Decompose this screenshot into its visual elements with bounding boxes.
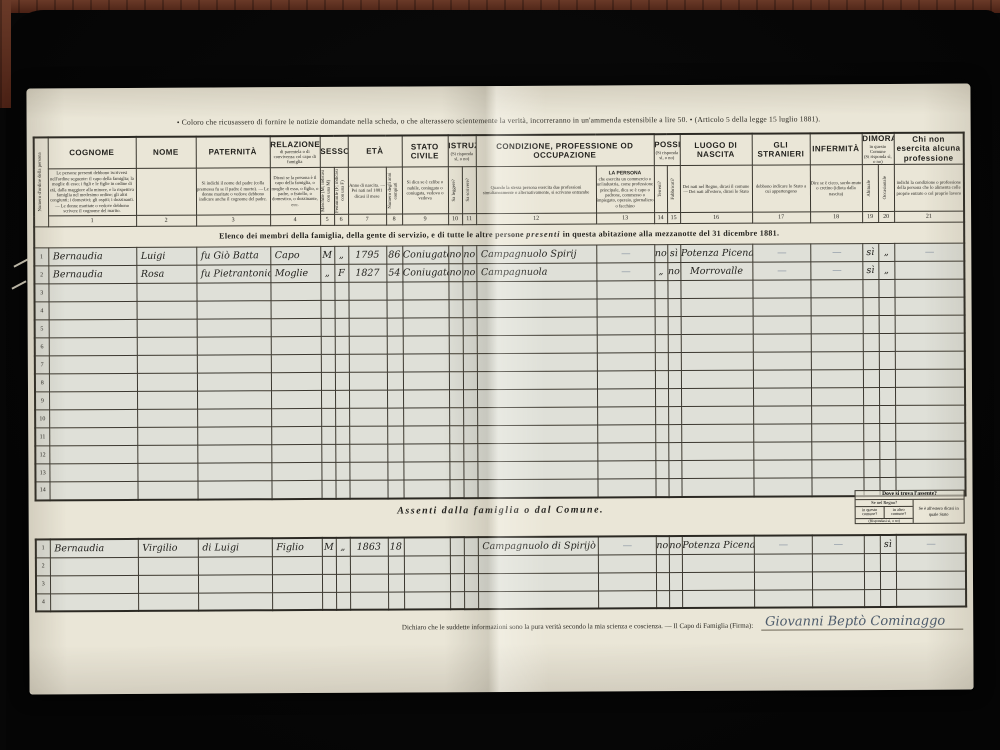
head-of-family-signature: Giovanni Beptò Cominaggo — [761, 615, 963, 631]
cell — [403, 372, 449, 390]
cell — [597, 389, 655, 407]
cell: „ — [878, 261, 894, 279]
cell — [335, 300, 349, 318]
cell — [403, 300, 449, 318]
cell — [895, 297, 965, 315]
cell: Bernaudia — [48, 265, 136, 283]
cell: sì — [862, 262, 878, 280]
cell — [680, 280, 752, 298]
column-header-infermita: INFERMITÀ — [810, 133, 862, 165]
column-header-stato-civile: STATO CIVILE — [402, 135, 448, 167]
row-number: 1 — [34, 248, 48, 266]
cell — [321, 354, 335, 372]
cell — [863, 442, 879, 460]
cell — [655, 371, 668, 389]
cell — [271, 354, 321, 372]
cell — [681, 298, 753, 316]
cell — [403, 462, 449, 480]
cell — [462, 282, 476, 300]
cell: Potenza Picena — [680, 244, 752, 262]
cell — [137, 427, 197, 445]
cell — [477, 443, 597, 462]
cell — [681, 406, 753, 424]
cell — [50, 575, 138, 593]
cell — [864, 589, 880, 607]
column-number: 19 — [862, 212, 878, 223]
cell — [404, 480, 450, 498]
desc-stato-civile: Si dica se è celibe o nubile, coniugato … — [402, 167, 448, 214]
cell — [477, 317, 597, 336]
cell: 86 — [386, 246, 402, 264]
cell — [863, 388, 879, 406]
cell: Virgilio — [138, 539, 198, 557]
cell — [597, 353, 655, 371]
row-number: 4 — [36, 593, 50, 611]
cell — [477, 461, 597, 480]
cell — [349, 480, 387, 498]
cell — [682, 478, 754, 496]
cell — [403, 318, 449, 336]
column-number: 8 — [386, 214, 402, 225]
cell — [335, 354, 349, 372]
cell — [668, 443, 681, 461]
cell — [321, 318, 335, 336]
cell — [477, 335, 597, 354]
cell — [477, 299, 597, 318]
cell — [403, 336, 449, 354]
row-number: 9 — [35, 392, 49, 410]
cell — [597, 299, 655, 317]
cell — [656, 479, 669, 497]
cell — [198, 556, 272, 574]
cell — [402, 282, 448, 300]
cell — [812, 571, 864, 589]
cell: no — [448, 264, 462, 282]
wood-shelf-left — [0, 0, 11, 108]
cell — [598, 572, 656, 590]
cell — [403, 444, 449, 462]
cell — [682, 554, 754, 572]
census-form-page: • Coloro che ricusassero di fornire le n… — [26, 84, 973, 695]
cell: — — [598, 536, 656, 554]
cell — [49, 355, 137, 373]
cell — [879, 297, 895, 315]
cell — [810, 280, 862, 298]
desc-paternita: Si indichi il nome del padre (colla prem… — [196, 168, 270, 215]
cell — [270, 282, 320, 300]
cell — [863, 298, 879, 316]
cell: no — [667, 263, 680, 281]
cell: sì — [880, 535, 896, 553]
cell: 1827 — [348, 264, 386, 282]
cell — [349, 318, 387, 336]
column-number: 10 — [448, 214, 462, 225]
cell — [387, 390, 403, 408]
assenti-section-title: Assenti dalla famiglia o dal Comune. — [29, 504, 973, 519]
column-number: 17 — [752, 212, 810, 223]
cell: Figlio — [272, 538, 322, 556]
column-header-condizione: CONDIZIONE, PROFESSIONE OD OCCUPAZIONE — [476, 134, 654, 166]
cell — [335, 462, 349, 480]
cell: no — [462, 246, 476, 264]
cell: — — [596, 245, 654, 263]
cell — [403, 426, 449, 444]
cell — [450, 573, 464, 591]
cell: — — [752, 262, 810, 280]
cell — [271, 444, 321, 462]
cell — [895, 423, 965, 441]
cell — [463, 426, 477, 444]
cell: — — [896, 535, 966, 553]
cell — [811, 316, 863, 334]
cell: Capo — [270, 246, 320, 264]
cell — [404, 591, 450, 609]
cell — [753, 460, 811, 478]
desc-stranieri: debbono indicare lo Stato a cui apparten… — [752, 165, 810, 212]
cell: — — [812, 535, 864, 553]
cell — [387, 408, 403, 426]
cell — [321, 390, 335, 408]
cell — [49, 319, 137, 337]
cell — [669, 554, 682, 572]
column-header-cognome: COGNOME — [48, 137, 136, 169]
cell — [879, 405, 895, 423]
cell — [752, 280, 810, 298]
row-number: 7 — [35, 356, 49, 374]
cell — [477, 389, 597, 408]
cell — [656, 572, 669, 590]
cell: di Luigi — [198, 538, 272, 556]
cell — [49, 337, 137, 355]
cell — [655, 317, 668, 335]
cell — [197, 319, 271, 337]
cell — [681, 442, 753, 460]
cell: — — [810, 262, 862, 280]
cell: Rosa — [136, 265, 196, 283]
desc-sa-leggere: Sa leggere? — [448, 167, 462, 214]
cell — [879, 351, 895, 369]
cell — [895, 405, 965, 423]
cell: „ — [336, 538, 350, 556]
cell — [753, 388, 811, 406]
cell — [463, 372, 477, 390]
cell — [387, 354, 403, 372]
cell — [863, 316, 879, 334]
cell — [681, 316, 753, 334]
cell — [597, 335, 655, 353]
cell — [681, 334, 753, 352]
cell — [321, 336, 335, 354]
cell: „ — [878, 243, 894, 261]
cell — [387, 372, 403, 390]
cell — [863, 334, 879, 352]
cell — [197, 481, 271, 499]
cell — [896, 571, 966, 589]
desc-condizione-13: LA PERSONAche esercita un commercio o un… — [596, 166, 654, 213]
cell — [348, 282, 386, 300]
cell — [387, 426, 403, 444]
cell — [753, 352, 811, 370]
cell — [449, 336, 463, 354]
cell: Coniugata — [402, 264, 448, 282]
row-number: 10 — [35, 410, 49, 428]
column-header-relazione: RELAZIONEdi parentela o di convivenza co… — [270, 136, 320, 168]
cell — [321, 462, 335, 480]
cell — [448, 282, 462, 300]
cell: „ — [654, 263, 667, 281]
cell — [349, 426, 387, 444]
cell — [879, 387, 895, 405]
cell: no — [656, 536, 669, 554]
cell: sì — [667, 245, 680, 263]
cell — [197, 409, 271, 427]
cell — [681, 352, 753, 370]
cell — [668, 407, 681, 425]
column-number: 18 — [810, 212, 862, 223]
cell — [880, 589, 896, 607]
cell: Campagnuola — [476, 263, 596, 282]
cell — [753, 316, 811, 334]
cell — [322, 592, 336, 610]
column-header-sesso: SESSO — [320, 136, 348, 168]
cell — [463, 444, 477, 462]
row-number: 2 — [34, 266, 48, 284]
desc-dimora-abituale: Abituale — [862, 165, 878, 212]
cell — [655, 443, 668, 461]
absent-box-questo-comune: in questo comune? — [856, 507, 885, 519]
cell — [404, 555, 450, 573]
cell: no — [448, 246, 462, 264]
cell — [197, 373, 271, 391]
cell — [668, 425, 681, 443]
cell — [895, 315, 965, 333]
column-header-dimora: DIMORAin questo Comune(Si risponda sì, o… — [862, 133, 894, 165]
cell — [197, 427, 271, 445]
row-number: 14 — [35, 482, 49, 500]
cell — [449, 354, 463, 372]
cell — [879, 369, 895, 387]
cell — [335, 426, 349, 444]
cell — [464, 591, 478, 609]
cell — [895, 333, 965, 351]
cell — [387, 444, 403, 462]
cell — [450, 537, 464, 555]
cell — [321, 444, 335, 462]
row-number: 2 — [36, 557, 50, 575]
legal-warning-line: • Coloro che ricusassero di fornire le n… — [27, 114, 971, 128]
cell — [754, 553, 812, 571]
cell — [667, 281, 680, 299]
cell — [478, 554, 598, 573]
absent-box-estero: Se è all'estero dicasi in quale Stato — [914, 499, 964, 523]
cell — [682, 590, 754, 608]
cell — [449, 426, 463, 444]
cell — [138, 575, 198, 593]
row-number: 6 — [35, 338, 49, 356]
cell — [450, 480, 464, 498]
cell — [271, 300, 321, 318]
cell — [137, 481, 197, 499]
cell — [811, 370, 863, 388]
cell: Potenza Picena — [682, 536, 754, 554]
cell — [681, 388, 753, 406]
cell — [896, 553, 966, 571]
cell — [388, 592, 404, 610]
cell — [271, 408, 321, 426]
cell — [478, 590, 598, 609]
cell: — — [596, 263, 654, 281]
cell — [137, 373, 197, 391]
cell — [879, 441, 895, 459]
cell: no — [654, 245, 667, 263]
main-census-table: Numero d'ordine della persona COGNOME NO… — [33, 132, 967, 501]
desc-terreni: Terreni? — [654, 166, 667, 213]
cell — [49, 481, 137, 499]
column-number: 9 — [402, 214, 448, 225]
cell — [197, 337, 271, 355]
cell: fu Pietrantonio — [196, 265, 270, 283]
cell — [137, 409, 197, 427]
cell: Luigi — [136, 247, 196, 265]
cell — [669, 590, 682, 608]
cell — [335, 444, 349, 462]
cell — [464, 537, 478, 555]
cell — [656, 590, 669, 608]
cell — [669, 479, 682, 497]
cell — [272, 592, 322, 610]
cell — [477, 407, 597, 426]
cell — [655, 389, 668, 407]
desc-cognome: Le persone presenti debbono iscriversi n… — [48, 168, 136, 215]
cell — [137, 391, 197, 409]
cell — [48, 283, 136, 301]
cell — [878, 279, 894, 297]
cell — [895, 279, 965, 297]
cell — [476, 281, 596, 300]
column-header-paternita: PATERNITÀ — [196, 136, 270, 168]
cell — [336, 574, 350, 592]
cell — [477, 371, 597, 390]
cell — [49, 445, 137, 463]
row-number: 4 — [35, 302, 49, 320]
cell — [464, 573, 478, 591]
cell: Campagnuolo di Spirijò — [478, 536, 598, 555]
cell — [271, 336, 321, 354]
cell: Coniugato — [402, 246, 448, 264]
cell — [753, 424, 811, 442]
cell — [335, 408, 349, 426]
cell — [137, 463, 197, 481]
cell — [271, 480, 321, 498]
column-number: 2 — [136, 215, 196, 226]
cell — [335, 336, 349, 354]
cell — [464, 555, 478, 573]
row-number: 13 — [35, 464, 49, 482]
cell — [895, 387, 965, 405]
cell — [271, 318, 321, 336]
cell — [387, 300, 403, 318]
desc-infermita: Dire se è cieco, sordo-muto o cretino (i… — [810, 165, 862, 212]
row-number: 8 — [35, 374, 49, 392]
cell — [271, 426, 321, 444]
cell — [49, 427, 137, 445]
cell — [349, 390, 387, 408]
declaration-text: Dichiaro che le suddette informazioni so… — [402, 622, 753, 633]
cell — [137, 319, 197, 337]
cell — [322, 574, 336, 592]
cell — [655, 353, 668, 371]
column-header-possiede: POSSIEDE(Si risponda sì, o no) — [654, 134, 680, 166]
desc-sesso-m: Maschile (M; indicasi con una M) — [320, 167, 334, 214]
cell — [681, 460, 753, 478]
cell: „ — [334, 246, 348, 264]
cell — [449, 390, 463, 408]
column-number: 13 — [596, 213, 654, 224]
desc-sesso-f: Femminile (F; indicasi con una F) — [334, 167, 348, 214]
cell — [668, 299, 681, 317]
cell: F — [334, 264, 348, 282]
cell — [271, 462, 321, 480]
cell — [597, 425, 655, 443]
cell — [879, 423, 895, 441]
cell — [404, 573, 450, 591]
cell — [668, 317, 681, 335]
cell: — — [752, 244, 810, 262]
cell — [896, 589, 966, 607]
cell — [321, 426, 335, 444]
desc-fabbricati: Fabbricati? — [667, 166, 680, 213]
cell — [349, 408, 387, 426]
cell — [335, 318, 349, 336]
cell — [449, 462, 463, 480]
cell — [197, 301, 271, 319]
cell — [350, 574, 388, 592]
cell: Bernaudia — [48, 247, 136, 265]
desc-relazione: Dirasi se la persona è il capo della fam… — [270, 167, 320, 214]
cell: no — [462, 264, 476, 282]
cell — [879, 459, 895, 477]
cell — [403, 390, 449, 408]
cell — [811, 298, 863, 316]
cell — [197, 445, 271, 463]
scanned-census-photo: { "page": { "warning": "• Coloro che ric… — [0, 0, 1000, 750]
cell — [349, 300, 387, 318]
absent-box-note: (Rispondasi sì, o no) — [856, 518, 913, 523]
cell — [753, 334, 811, 352]
cell: „ — [320, 264, 334, 282]
cell — [387, 480, 403, 498]
desc-eta-anno: Anno di nascita. — Pei nati nel 1881 dic… — [348, 167, 386, 214]
cell — [196, 283, 270, 301]
cell — [863, 424, 879, 442]
cell — [811, 442, 863, 460]
cell — [811, 460, 863, 478]
cell — [386, 282, 402, 300]
cell — [321, 408, 335, 426]
cell — [449, 408, 463, 426]
cell — [597, 371, 655, 389]
cell: Moglie — [270, 264, 320, 282]
cell: sì — [862, 244, 878, 262]
cell: Bernaudia — [50, 539, 138, 557]
cell — [50, 557, 138, 575]
cell — [349, 354, 387, 372]
cell — [138, 557, 198, 575]
cell — [350, 592, 388, 610]
cell — [321, 480, 335, 498]
cell — [668, 461, 681, 479]
cell — [812, 553, 864, 571]
